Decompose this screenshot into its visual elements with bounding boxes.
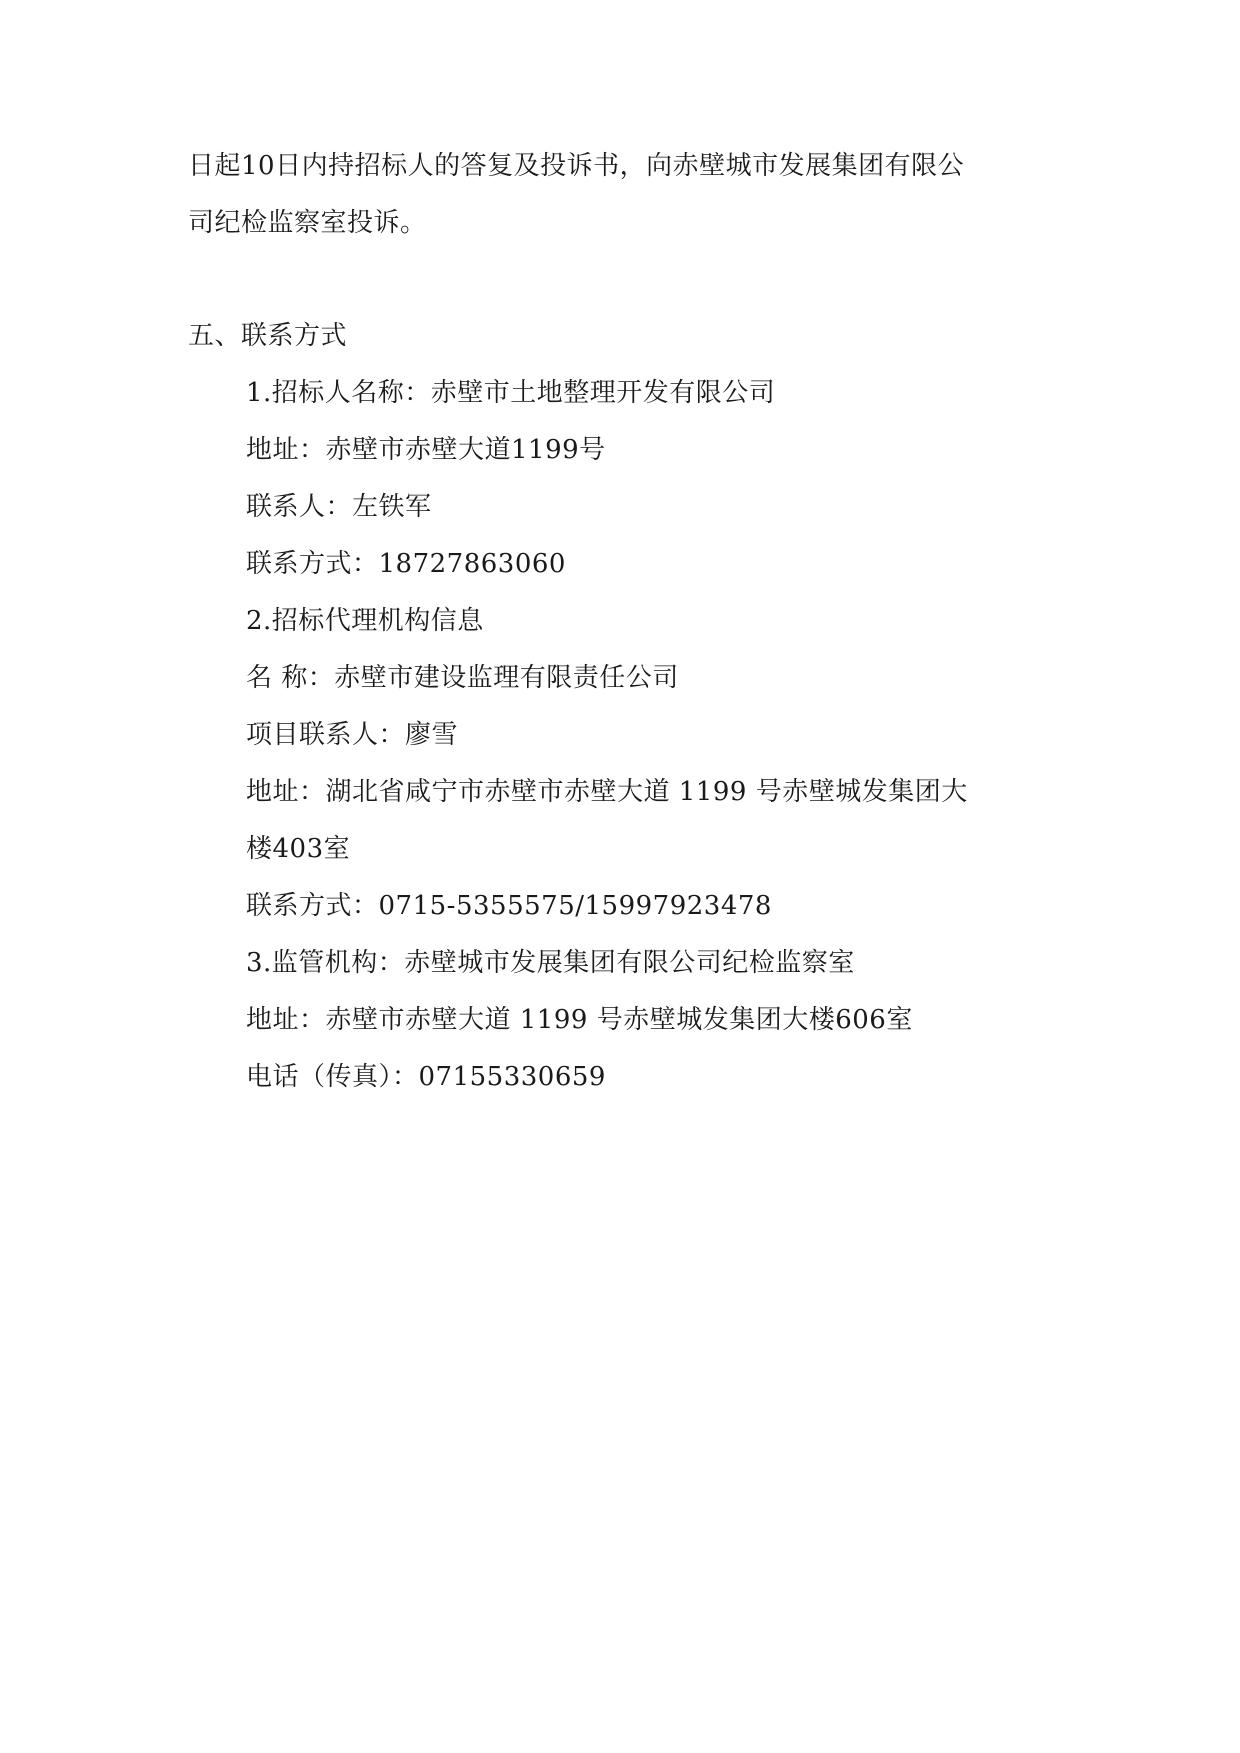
document-page: 日起10日内持招标人的答复及投诉书，向赤壁城市发展集团有限公 司纪检监察室投诉。… bbox=[0, 0, 1240, 1753]
section-heading: 五、联系方式 bbox=[188, 320, 347, 352]
tenderer-contact-phone: 联系方式：18727863060 bbox=[246, 548, 566, 580]
supervisor-address: 地址：赤壁市赤壁大道 1199 号赤壁城发集团大楼606室 bbox=[246, 1004, 913, 1036]
agency-title: 2.招标代理机构信息 bbox=[246, 605, 484, 637]
tenderer-address: 地址：赤壁市赤壁大道1199号 bbox=[246, 434, 606, 466]
supervisor-phone-fax: 电话（传真）：07155330659 bbox=[246, 1061, 606, 1093]
intro-paragraph-line-1: 日起10日内持招标人的答复及投诉书，向赤壁城市发展集团有限公 bbox=[188, 150, 964, 182]
tenderer-name: 1.招标人名称：赤壁市土地整理开发有限公司 bbox=[246, 377, 775, 409]
agency-project-contact: 项目联系人：廖雪 bbox=[246, 719, 458, 751]
agency-address-line-2: 楼403室 bbox=[246, 833, 350, 865]
supervisor-name: 3.监管机构：赤壁城市发展集团有限公司纪检监察室 bbox=[246, 947, 855, 979]
tenderer-contact-person: 联系人：左铁军 bbox=[246, 491, 432, 523]
agency-address-line-1: 地址：湖北省咸宁市赤壁市赤壁大道 1199 号赤壁城发集团大 bbox=[246, 776, 968, 808]
agency-contact-phone: 联系方式：0715-5355575/15997923478 bbox=[246, 890, 772, 922]
agency-name: 名 称：赤壁市建设监理有限责任公司 bbox=[246, 662, 679, 694]
intro-paragraph-line-2: 司纪检监察室投诉。 bbox=[188, 207, 427, 239]
